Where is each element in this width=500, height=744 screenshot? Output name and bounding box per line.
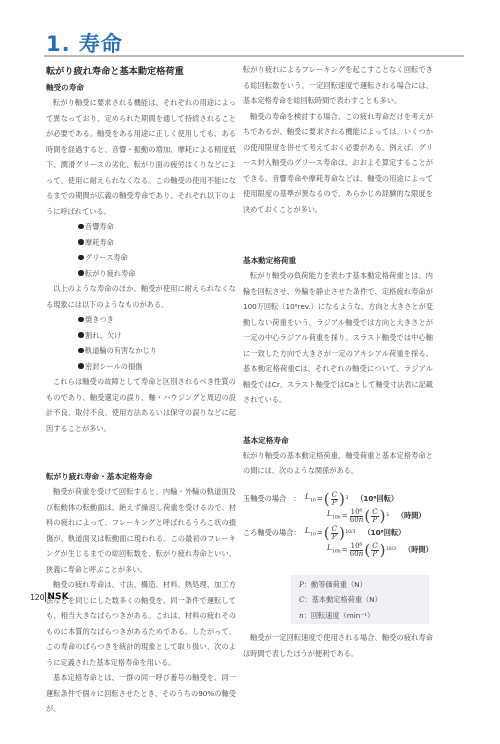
bullet-icon — [78, 239, 84, 245]
left-paren-icon: ( — [364, 509, 370, 523]
paragraph-dynamic-load-rating: 転がり軸受の負荷能力を表わす基本動定格荷重とは、内輪を回転させ、外輪を静止させた… — [243, 268, 433, 408]
paragraph-rating-life-continued: 転がり疲れによるフレーキングを起こすことなく回転できる総回転数をいう。一定回転速… — [243, 62, 433, 109]
formula-roller-revolutions: ころ軸受の場合： L10 = ( CP ) 10/3 （10⁶回転） — [243, 525, 433, 542]
formula-label-ball: 玉軸受の場合 ： — [243, 491, 305, 507]
nsk-logo: NSK — [47, 592, 69, 602]
paragraph-failure-causes: これらは軸受の故障として寿命と区別されるべき性質のものであり、軸受選定の誤り、軸… — [46, 374, 236, 436]
formula-label-roller: ころ軸受の場合： — [243, 525, 305, 541]
right-column: 転がり疲れによるフレーキングを起こすことなく回転できる総回転数をいう。一定回転速… — [243, 62, 433, 661]
bullet-icon — [78, 348, 84, 354]
symbol-legend: P：動等価荷重（N） C：基本動定格荷重（N） n：回転速度（min⁻¹） — [291, 575, 429, 625]
bullet-icon — [78, 332, 84, 338]
formula-ball-revolutions: 玉軸受の場合 ： L10 = ( CP ) 3 （10⁶回転） — [243, 491, 433, 508]
legend-item-n: n：回転速度（min⁻¹） — [299, 608, 421, 624]
title-divider — [44, 55, 464, 57]
paragraph-relation-intro: 転がり軸受の基本動定格荷重、軸受荷重と基本定格寿命との間には、次のような関係があ… — [243, 448, 433, 479]
subheading-rolling-fatigue-rating-life: 転がり疲れ寿命・基本定格寿命 — [46, 469, 236, 484]
life-types-list: 音響寿命 摩耗寿命 グリース寿命 転がり疲れ寿命 — [46, 219, 236, 281]
paragraph-rating-life-definition: 基本定格寿命とは、一群の同一呼び番号の軸受を、同一運転条件で個々に回転させたとき… — [46, 670, 236, 717]
left-paren-icon: ( — [324, 526, 330, 540]
list-item: 割れ、欠け — [78, 328, 236, 344]
bullet-icon — [78, 363, 84, 369]
footer-divider — [45, 592, 46, 602]
failure-types-list: 焼きつき 割れ、欠け 軌道輪の有害なかじり 密封シールの損傷 — [46, 312, 236, 374]
life-formulas: 玉軸受の場合 ： L10 = ( CP ) 3 （10⁶回転） L10h = 1… — [243, 491, 433, 559]
page-footer: 120 NSK — [30, 592, 69, 602]
bullet-icon — [78, 224, 84, 230]
paragraph-flaking: 軸受が荷重を受けて回転すると、内輪・外輪の軌道面及び転動体の転動面は、絶えず繰返… — [46, 484, 236, 577]
bullet-icon — [78, 270, 84, 276]
right-paren-icon: ) — [339, 526, 345, 540]
list-item: 密封シールの損傷 — [78, 359, 236, 375]
list-item: 転がり疲れ寿命 — [78, 266, 236, 282]
list-item: 音響寿命 — [78, 219, 236, 235]
subheading-basic-rating-life: 基本定格寿命 — [243, 433, 433, 448]
list-item: グリース寿命 — [78, 250, 236, 266]
left-paren-icon: ( — [364, 543, 370, 557]
paragraph-usage-limits: 軸受の寿命を検討する場合、この疲れ寿命だけを考えがちであるが、軸受に要求される機… — [243, 109, 433, 218]
section-heading-fatigue-life-and-dynamic-load: 転がり疲れ寿命と基本動定格荷重 — [46, 64, 236, 80]
list-item: 摩耗寿命 — [78, 235, 236, 251]
legend-item-P: P：動等価荷重（N） — [299, 577, 421, 593]
left-column: 転がり疲れ寿命と基本動定格荷重 軸受の寿命 転がり軸受に要求される機能は、それぞ… — [46, 62, 236, 717]
list-item: 軌道輪の有害なかじり — [78, 343, 236, 359]
subheading-basic-dynamic-load-rating: 基本動定格荷重 — [243, 253, 433, 268]
bullet-icon — [78, 255, 84, 261]
chapter-title: 1. 寿命 — [46, 32, 123, 56]
paragraph-life-variance: 軸受の疲れ寿命は、寸法、構造、材料、熱処理、加工方法などを同じにした数多くの軸受… — [46, 577, 236, 670]
formula-roller-hours: L10h = 10⁶60n ( CP ) 10/3 （時間） — [243, 542, 433, 559]
subheading-bearing-life: 軸受の寿命 — [46, 80, 236, 95]
formula-ball-hours: L10h = 10⁶60n ( CP ) 3 （時間） — [243, 508, 433, 525]
paragraph-bearing-life: 転がり軸受に要求される機能は、それぞれの用途によって異なっており、定められた期間… — [46, 95, 236, 219]
right-paren-icon: ) — [339, 492, 345, 506]
legend-item-C: C：基本動定格荷重（N） — [299, 592, 421, 608]
bullet-icon — [78, 317, 84, 323]
left-paren-icon: ( — [324, 492, 330, 506]
list-item: 焼きつき — [78, 312, 236, 328]
paragraph-time-expression: 軸受が一定回転速度で使用される場合、軸受の疲れ寿命は時間で表したほうが便利である… — [243, 630, 433, 661]
document-page: 1. 寿命 転がり疲れ寿命と基本動定格荷重 軸受の寿命 転がり軸受に要求される機… — [0, 0, 500, 744]
right-paren-icon: ) — [380, 543, 386, 557]
right-paren-icon: ) — [380, 509, 386, 523]
paragraph-failure-phenomena: 以上のような寿命のほか、軸受が使用に耐えられなくなる現象には以下のようなものがあ… — [46, 281, 236, 312]
page-number: 120 — [30, 593, 44, 602]
